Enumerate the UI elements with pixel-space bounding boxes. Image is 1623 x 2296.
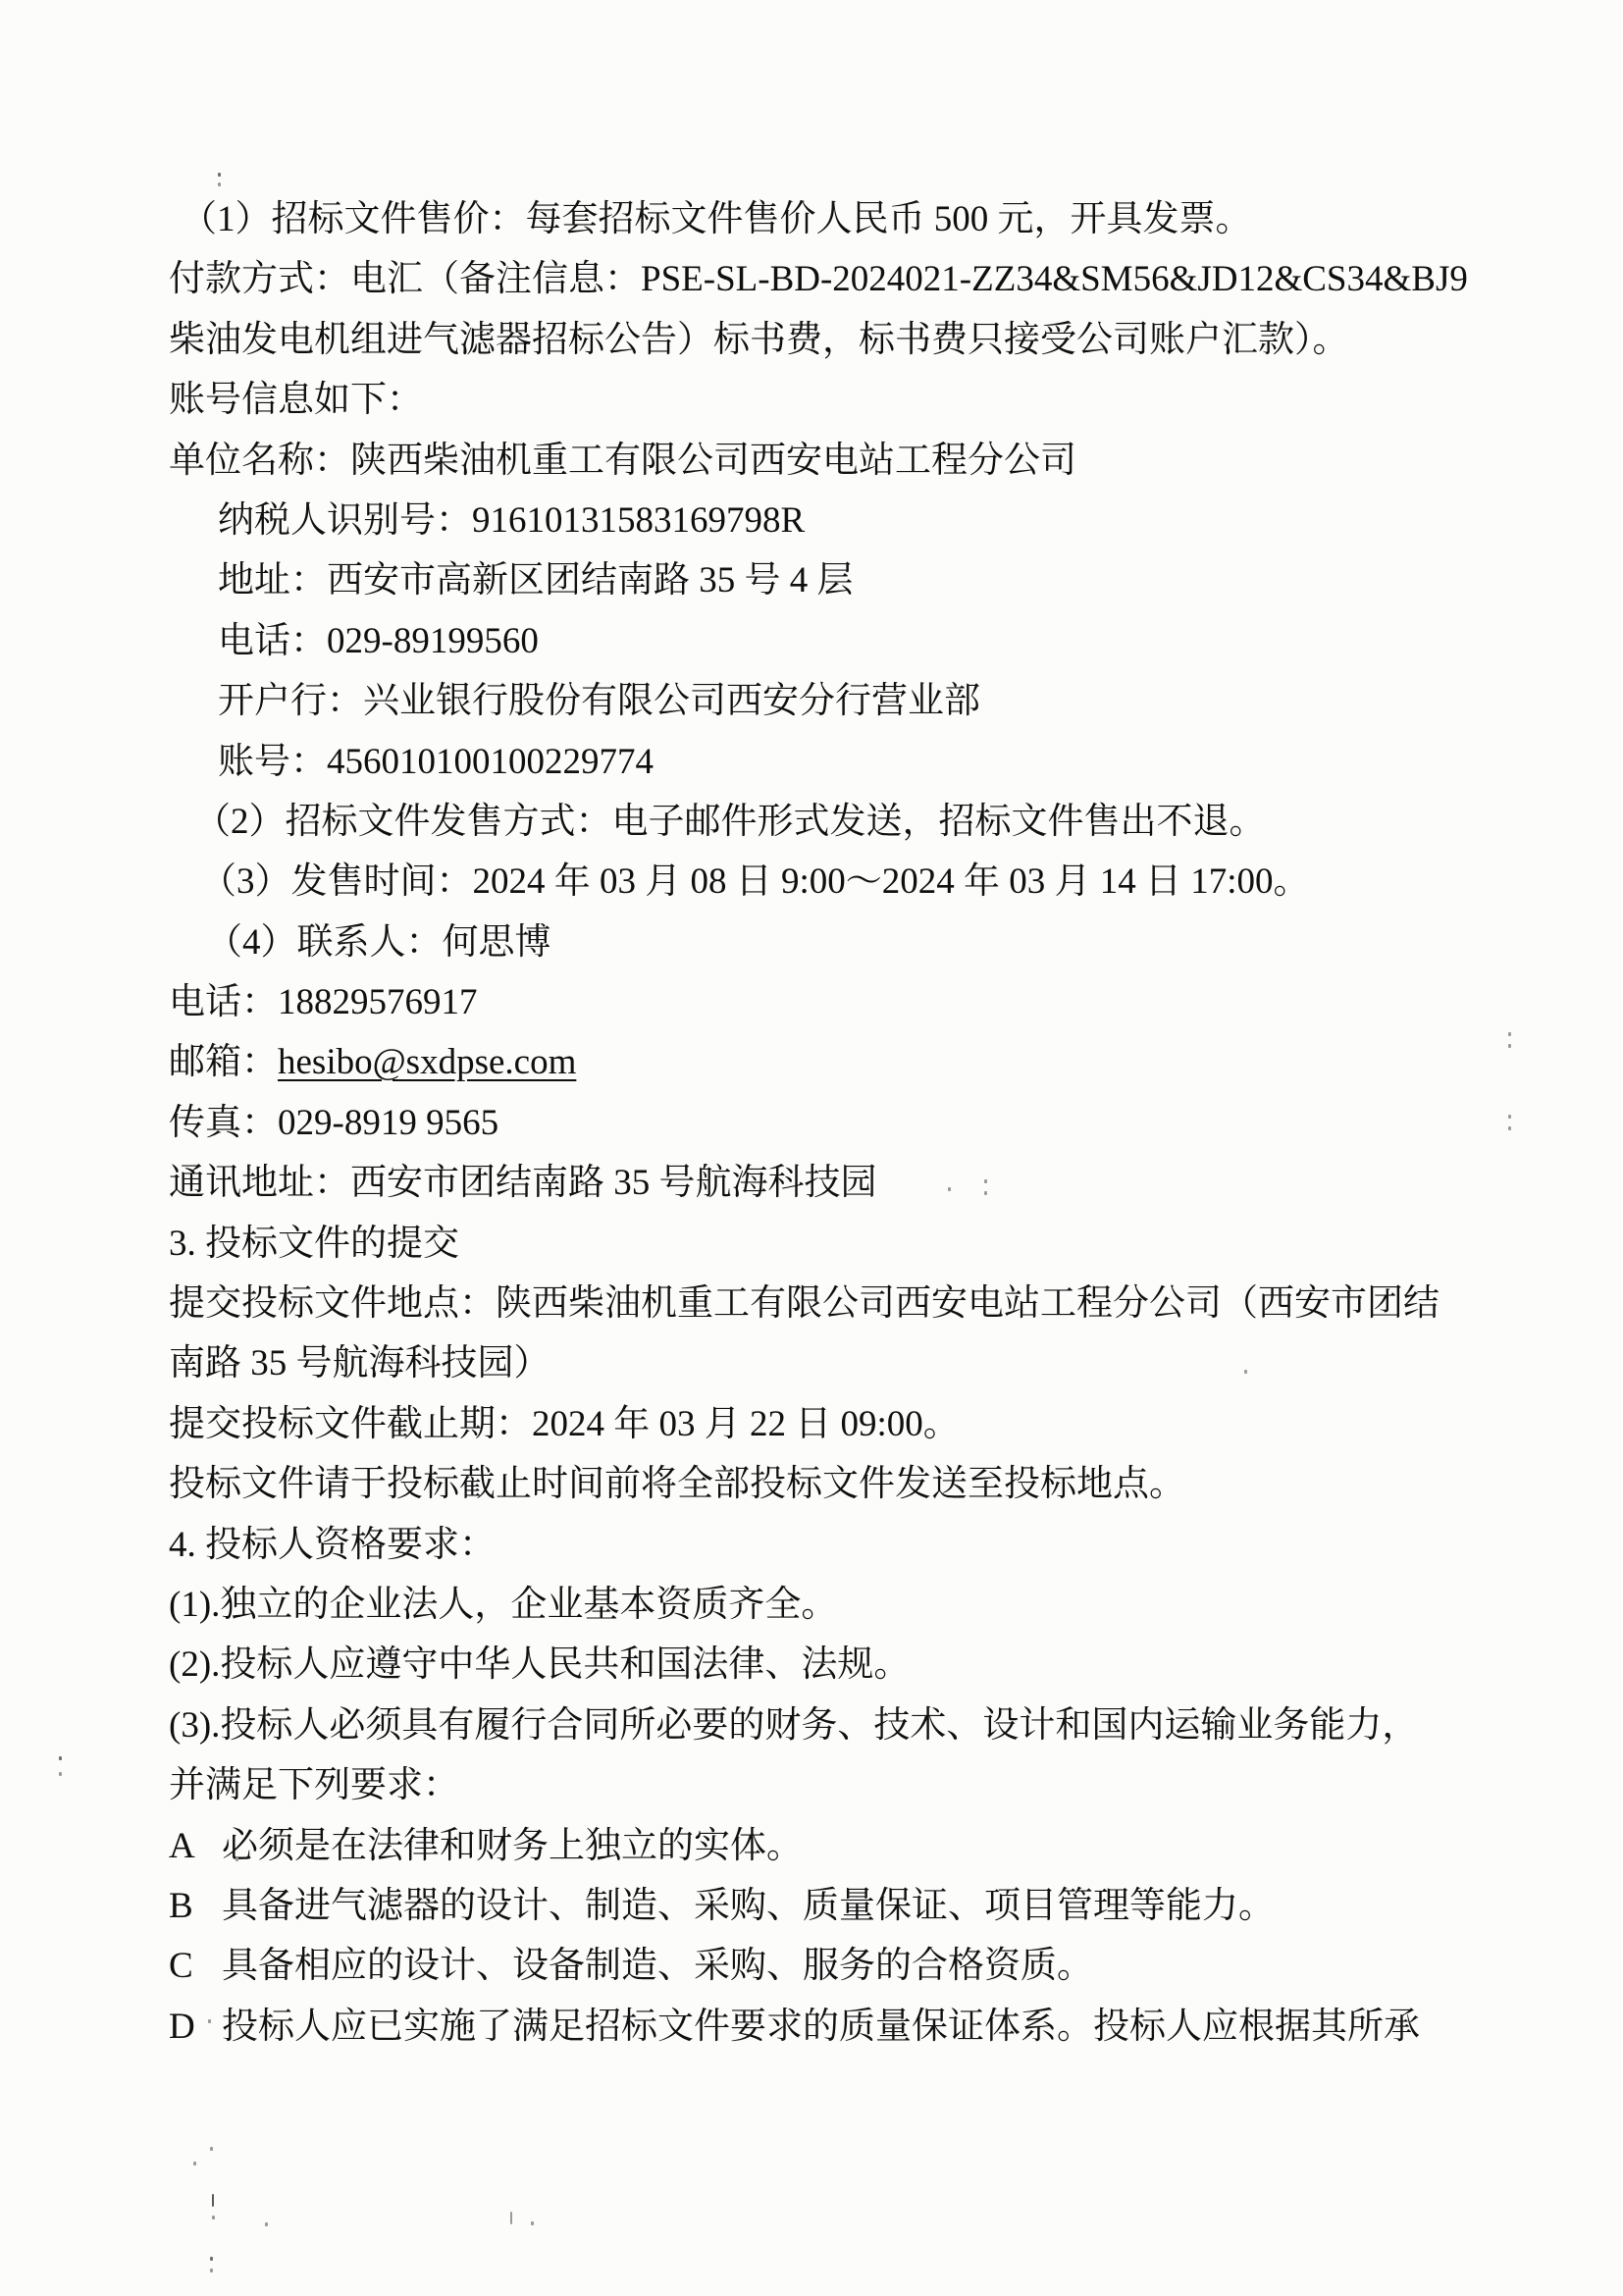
- qualification-2-line: (2).投标人应遵守中华人民共和国法律、法规。: [169, 1635, 1562, 1695]
- scan-speck: [1508, 1115, 1511, 1119]
- mailing-address-line: 通讯地址：西安市团结南路 35 号航海科技园: [169, 1153, 1562, 1213]
- submission-note-line: 投标文件请于投标截止时间前将全部投标文件发送至投标地点。: [169, 1454, 1562, 1514]
- sale-period-line: （3）发售时间：2024 年 03 月 08 日 9:00～2024 年 03 …: [169, 852, 1562, 912]
- taxpayer-id-line: 纳税人识别号：91610131583169798R: [169, 491, 1562, 550]
- submission-deadline-line: 提交投标文件截止期：2024 年 03 月 22 日 09:00。: [169, 1394, 1562, 1454]
- contact-person-line: （4）联系人：何思博: [169, 913, 1562, 972]
- email-address: hesibo@sxdpse.com: [278, 1042, 576, 1082]
- scan-speck: [218, 173, 221, 177]
- document-text-block: （1）招标文件售价：每套招标文件售价人民币 500 元，开具发票。 付款方式：电…: [169, 189, 1562, 2057]
- section-3-heading: 3. 投标文件的提交: [169, 1214, 1562, 1274]
- requirement-c-text: 具备相应的设计、设备制造、采购、服务的合格资质。: [222, 1946, 1093, 1986]
- requirement-b-text: 具备进气滤器的设计、制造、采购、质量保证、项目管理等能力。: [222, 1886, 1275, 1926]
- submission-place-line: 提交投标文件地点：陕西柴油机重工有限公司西安电站工程分公司（西安市团结: [169, 1274, 1562, 1333]
- scan-speck: [212, 2194, 214, 2207]
- scan-speck: [236, 1857, 238, 1861]
- scan-speck: [984, 1191, 987, 1195]
- qualification-3-cont-line: 并满足下列要求：: [169, 1755, 1562, 1815]
- submission-place-cont-line: 南路 35 号航海科技园）: [169, 1333, 1562, 1393]
- requirement-a-line: A必须是在法律和财务上独立的实体。: [169, 1816, 1562, 1876]
- requirement-d-line: D投标人应已实施了满足招标文件要求的质量保证体系。投标人应根据其所承: [169, 1997, 1562, 2057]
- account-info-heading: 账号信息如下：: [169, 370, 1562, 430]
- scan-speck: [510, 2212, 512, 2224]
- email-label: 邮箱：: [169, 1042, 278, 1082]
- scan-speck: [218, 183, 221, 186]
- scan-speck: [210, 2257, 213, 2261]
- scan-speck: [531, 2221, 534, 2225]
- scan-speck: [193, 2162, 196, 2166]
- requirement-c-line: C具备相应的设计、设备制造、采购、服务的合格资质。: [169, 1936, 1562, 1996]
- scan-speck: [984, 1179, 987, 1183]
- scan-speck: [59, 1772, 62, 1776]
- requirement-a-marker: A: [169, 1816, 222, 1876]
- qualification-3-line: (3).投标人必须具有履行合同所必要的财务、技术、设计和国内运输业务能力，: [169, 1696, 1562, 1755]
- requirement-a-text: 必须是在法律和财务上独立的实体。: [222, 1826, 803, 1866]
- scan-speck: [948, 1187, 951, 1191]
- scan-speck: [210, 2269, 213, 2272]
- fax-line: 传真：029-8919 9565: [169, 1093, 1562, 1153]
- doc-delivery-line: （2）招标文件发售方式：电子邮件形式发送，招标文件售出不退。: [169, 792, 1562, 852]
- doc-price-line: （1）招标文件售价：每套招标文件售价人民币 500 元，开具发票。: [169, 189, 1562, 249]
- contact-phone-line: 电话：18829576917: [169, 972, 1562, 1032]
- scan-speck: [210, 2147, 213, 2151]
- requirement-c-marker: C: [169, 1936, 222, 1996]
- contact-email-line: 邮箱：hesibo@sxdpse.com: [169, 1032, 1562, 1092]
- payment-method-cont-line: 柴油发电机组进气滤器招标公告）标书费，标书费只接受公司账户汇款）。: [169, 310, 1562, 370]
- scanned-page: （1）招标文件售价：每套招标文件售价人民币 500 元，开具发票。 付款方式：电…: [0, 0, 1623, 2296]
- scan-speck: [265, 2222, 268, 2226]
- scan-speck: [1508, 1032, 1511, 1036]
- scan-speck: [1508, 1044, 1511, 1048]
- company-name-line: 单位名称：陕西柴油机重工有限公司西安电站工程分公司: [169, 431, 1562, 491]
- account-number-line: 账号：456010100100229774: [169, 732, 1562, 792]
- requirement-d-text: 投标人应已实施了满足招标文件要求的质量保证体系。投标人应根据其所承: [222, 2007, 1420, 2047]
- scan-speck: [212, 2216, 215, 2219]
- company-phone-line: 电话：029-89199560: [169, 611, 1562, 671]
- requirement-b-marker: B: [169, 1876, 222, 1936]
- requirement-b-line: B具备进气滤器的设计、制造、采购、质量保证、项目管理等能力。: [169, 1876, 1562, 1936]
- scan-speck: [1244, 1370, 1247, 1374]
- scan-speck: [59, 1756, 62, 1760]
- bank-line: 开户行：兴业银行股份有限公司西安分行营业部: [169, 671, 1562, 731]
- company-address-line: 地址：西安市高新区团结南路 35 号 4 层: [169, 550, 1562, 610]
- payment-method-line: 付款方式：电汇（备注信息：PSE-SL-BD-2024021-ZZ34&SM56…: [169, 249, 1562, 309]
- requirement-d-marker: D: [169, 1997, 222, 2057]
- qualification-1-line: (1).独立的企业法人，企业基本资质齐全。: [169, 1575, 1562, 1635]
- scan-speck: [208, 2019, 211, 2023]
- section-4-heading: 4. 投标人资格要求：: [169, 1515, 1562, 1575]
- scan-speck: [1508, 1126, 1511, 1130]
